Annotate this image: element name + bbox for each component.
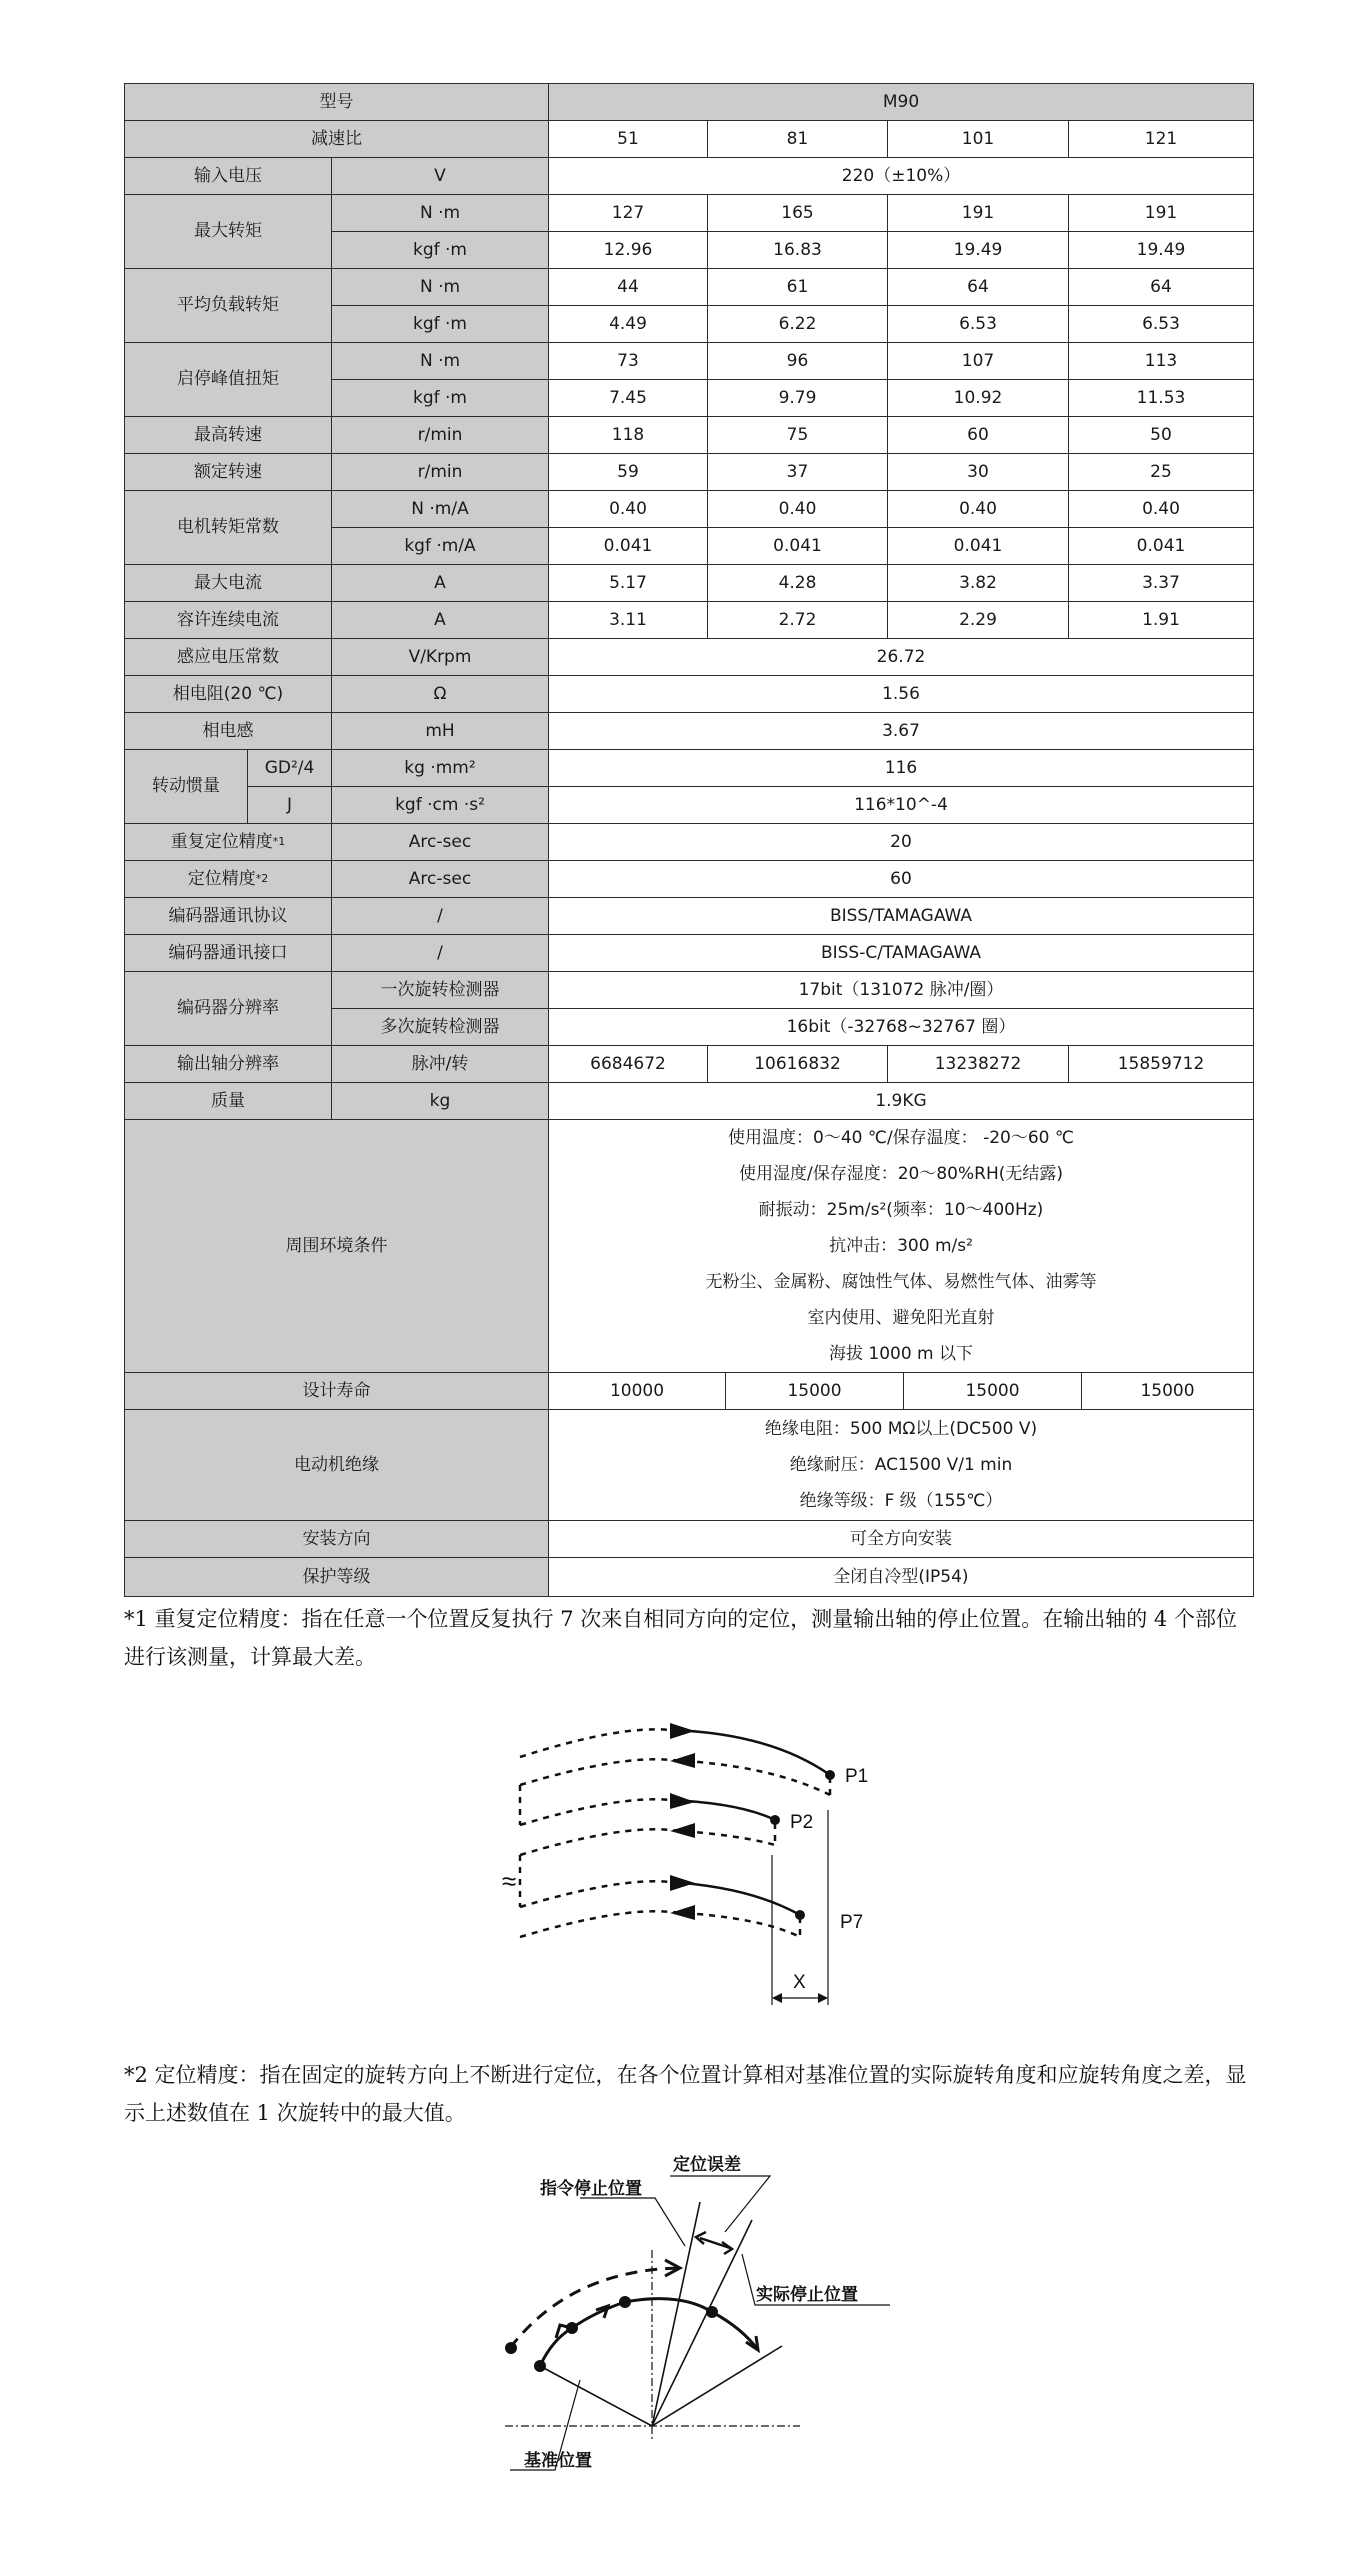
rated-speed-label: 额定转速 bbox=[124, 453, 332, 491]
value-cell: 107 bbox=[887, 342, 1069, 380]
footnote-1: *1 重复定位精度：指在任意一个位置反复执行 7 次来自相同方向的定位，测量输出… bbox=[124, 1600, 1256, 1676]
value-cell: 0.40 bbox=[548, 490, 708, 528]
label-x: X bbox=[793, 1972, 806, 1993]
value-cell: 30 bbox=[887, 453, 1069, 491]
avg-load-torque-label: 平均负载转矩 bbox=[124, 268, 332, 343]
unit-cell: kgf ·m/A bbox=[331, 527, 549, 565]
ratio-value: 101 bbox=[887, 120, 1069, 158]
value-cell: 2.29 bbox=[887, 601, 1069, 639]
value-cell: 15000 bbox=[903, 1372, 1082, 1410]
inertia-label: 转动惯量 bbox=[124, 749, 248, 824]
repeat-accuracy-diagram: P1 P2 P7 X ≈ bbox=[500, 1705, 900, 2025]
unit-cell: A bbox=[331, 601, 549, 639]
env-line: 无粉尘、金属粉、腐蚀性气体、易燃性气体、油雾等 bbox=[706, 1264, 1097, 1300]
value-cell: 10.92 bbox=[887, 379, 1069, 417]
value-cell: 17bit（131072 脉冲/圈） bbox=[548, 971, 1254, 1009]
insulation-line: 绝缘电阻：500 MΩ以上(DC500 V) bbox=[765, 1411, 1037, 1447]
value-cell: 64 bbox=[1068, 268, 1254, 306]
value-cell: 16bit（-32768~32767 圈） bbox=[548, 1008, 1254, 1046]
insulation-label: 电动机绝缘 bbox=[124, 1409, 549, 1521]
unit-cell: / bbox=[331, 934, 549, 972]
peak-torque-label: 启停峰值扭矩 bbox=[124, 342, 332, 417]
ratio-value: 81 bbox=[707, 120, 888, 158]
label-command-stop: 指令停止位置 bbox=[540, 2178, 642, 2199]
unit-cell: r/min bbox=[331, 416, 549, 454]
max-torque-unit-nm: N ·m bbox=[331, 194, 549, 232]
value-cell: 0.041 bbox=[1068, 527, 1254, 565]
design-life-label: 设计寿命 bbox=[124, 1372, 549, 1410]
value-cell: BISS/TAMAGAWA bbox=[548, 897, 1254, 935]
torque-constant-label: 电机转矩常数 bbox=[124, 490, 332, 565]
unit-cell: N ·m bbox=[331, 342, 549, 380]
encoder-resolution-label: 编码器分辨率 bbox=[124, 971, 332, 1046]
max-torque-label: 最大转矩 bbox=[124, 194, 332, 269]
env-line: 抗冲击：300 m/s² bbox=[829, 1228, 973, 1264]
value-cell: 60 bbox=[887, 416, 1069, 454]
value-cell: 60 bbox=[548, 860, 1254, 898]
environment-label: 周围环境条件 bbox=[124, 1119, 549, 1373]
insulation-line: 绝缘等级：F 级（155℃） bbox=[800, 1483, 1003, 1519]
value-cell: 19.49 bbox=[887, 231, 1069, 269]
value-cell: 3.82 bbox=[887, 564, 1069, 602]
env-line: 室内使用、避免阳光直射 bbox=[808, 1300, 995, 1336]
value-cell: BISS-C/TAMAGAWA bbox=[548, 934, 1254, 972]
back-emf-label: 感应电压常数 bbox=[124, 638, 332, 676]
input-voltage-label: 输入电压 bbox=[124, 157, 332, 195]
value-cell: 0.041 bbox=[887, 527, 1069, 565]
label-reference: 基准位置 bbox=[524, 2450, 592, 2471]
value-cell: 0.40 bbox=[887, 490, 1069, 528]
unit-cell: kg ·mm² bbox=[331, 749, 549, 787]
unit-cell: 多次旋转检测器 bbox=[331, 1008, 549, 1046]
value-cell: 0.40 bbox=[1068, 490, 1254, 528]
value-cell: 7.45 bbox=[548, 379, 708, 417]
value-cell: 15000 bbox=[725, 1372, 904, 1410]
max-current-label: 最大电流 bbox=[124, 564, 332, 602]
max-speed-label: 最高转速 bbox=[124, 416, 332, 454]
value-cell: 6.53 bbox=[887, 305, 1069, 343]
unit-cell: kg bbox=[331, 1082, 549, 1120]
env-line: 使用湿度/保存湿度：20～80%RH(无结露) bbox=[739, 1156, 1063, 1192]
environment-conditions: 使用温度：0～40 ℃/保存温度： -20～60 ℃ 使用湿度/保存湿度：20～… bbox=[548, 1119, 1254, 1373]
positioning-accuracy-diagram: 定位误差 指令停止位置 实际停止位置 基准位置 bbox=[480, 2150, 920, 2490]
value-cell: 2.72 bbox=[707, 601, 888, 639]
unit-cell: Ω bbox=[331, 675, 549, 713]
value-cell: 3.11 bbox=[548, 601, 708, 639]
unit-cell: kgf ·m bbox=[331, 305, 549, 343]
label-text: 重复定位精度 bbox=[171, 832, 273, 852]
position-accuracy-label: 定位精度*2 bbox=[124, 860, 332, 898]
protection-value: 全闭自冷型(IP54) bbox=[548, 1557, 1254, 1597]
insulation-line: 绝缘耐压：AC1500 V/1 min bbox=[790, 1447, 1013, 1483]
unit-cell: Arc-sec bbox=[331, 823, 549, 861]
value-cell: 50 bbox=[1068, 416, 1254, 454]
env-line: 耐振动：25m/s²(频率：10～400Hz) bbox=[759, 1192, 1044, 1228]
unit-cell: kgf ·cm ·s² bbox=[331, 786, 549, 824]
value-cell: 1.91 bbox=[1068, 601, 1254, 639]
encoder-interface-label: 编码器通讯接口 bbox=[124, 934, 332, 972]
mounting-value: 可全方向安装 bbox=[548, 1520, 1254, 1558]
model-value: M90 bbox=[548, 83, 1254, 121]
cont-current-label: 容许连续电流 bbox=[124, 601, 332, 639]
input-voltage-value: 220（±10%） bbox=[548, 157, 1254, 195]
label-actual-stop: 实际停止位置 bbox=[756, 2284, 858, 2305]
ratio-value: 121 bbox=[1068, 120, 1254, 158]
unit-cell: / bbox=[331, 897, 549, 935]
value-cell: 3.37 bbox=[1068, 564, 1254, 602]
unit-cell: kgf ·m bbox=[331, 379, 549, 417]
value-cell: 12.96 bbox=[548, 231, 708, 269]
footnote-mark: *1 bbox=[273, 835, 286, 848]
label-p2: P2 bbox=[790, 1812, 813, 1833]
value-cell: 0.041 bbox=[707, 527, 888, 565]
value-cell: 5.17 bbox=[548, 564, 708, 602]
value-cell: 19.49 bbox=[1068, 231, 1254, 269]
value-cell: 118 bbox=[548, 416, 708, 454]
insulation-specs: 绝缘电阻：500 MΩ以上(DC500 V) 绝缘耐压：AC1500 V/1 m… bbox=[548, 1409, 1254, 1521]
unit-cell: V/Krpm bbox=[331, 638, 549, 676]
value-cell: 64 bbox=[887, 268, 1069, 306]
unit-cell: 一次旋转检测器 bbox=[331, 971, 549, 1009]
value-cell: 11.53 bbox=[1068, 379, 1254, 417]
unit-cell: Arc-sec bbox=[331, 860, 549, 898]
protection-label: 保护等级 bbox=[124, 1557, 549, 1597]
value-cell: 127 bbox=[548, 194, 708, 232]
value-cell: 6.53 bbox=[1068, 305, 1254, 343]
value-cell: 13238272 bbox=[887, 1045, 1069, 1083]
label-text: 定位精度 bbox=[188, 869, 256, 889]
mounting-label: 安装方向 bbox=[124, 1520, 549, 1558]
output-resolution-label: 输出轴分辨率 bbox=[124, 1045, 332, 1083]
phase-resistance-label: 相电阻(20 ℃) bbox=[124, 675, 332, 713]
value-cell: 73 bbox=[548, 342, 708, 380]
value-cell: 165 bbox=[707, 194, 888, 232]
value-cell: 6.22 bbox=[707, 305, 888, 343]
value-cell: 61 bbox=[707, 268, 888, 306]
encoder-protocol-label: 编码器通讯协议 bbox=[124, 897, 332, 935]
value-cell: 16.83 bbox=[707, 231, 888, 269]
ratio-value: 51 bbox=[548, 120, 708, 158]
model-label: 型号 bbox=[124, 83, 549, 121]
value-cell: 1.9KG bbox=[548, 1082, 1254, 1120]
value-cell: 0.40 bbox=[707, 490, 888, 528]
phase-inductance-label: 相电感 bbox=[124, 712, 332, 750]
label-p1: P1 bbox=[845, 1766, 868, 1787]
value-cell: 113 bbox=[1068, 342, 1254, 380]
inertia-sub-gd2: GD²/4 bbox=[247, 749, 332, 787]
value-cell: 0.041 bbox=[548, 527, 708, 565]
value-cell: 191 bbox=[1068, 194, 1254, 232]
footnote-2: *2 定位精度：指在固定的旋转方向上不断进行定位，在各个位置计算相对基准位置的实… bbox=[124, 2056, 1256, 2132]
value-cell: 1.56 bbox=[548, 675, 1254, 713]
value-cell: 10616832 bbox=[707, 1045, 888, 1083]
unit-cell: r/min bbox=[331, 453, 549, 491]
label-p7: P7 bbox=[840, 1912, 863, 1933]
repeat-accuracy-label: 重复定位精度*1 bbox=[124, 823, 332, 861]
label-positioning-error: 定位误差 bbox=[673, 2154, 741, 2175]
mass-label: 质量 bbox=[124, 1082, 332, 1120]
env-line: 海拔 1000 m 以下 bbox=[829, 1336, 973, 1372]
value-cell: 9.79 bbox=[707, 379, 888, 417]
env-line: 使用温度：0～40 ℃/保存温度： -20～60 ℃ bbox=[728, 1120, 1074, 1156]
value-cell: 15859712 bbox=[1068, 1045, 1254, 1083]
value-cell: 116*10^-4 bbox=[548, 786, 1254, 824]
unit-cell: A bbox=[331, 564, 549, 602]
footnote-mark: *2 bbox=[256, 872, 269, 885]
value-cell: 6684672 bbox=[548, 1045, 708, 1083]
value-cell: 25 bbox=[1068, 453, 1254, 491]
input-voltage-unit: V bbox=[331, 157, 549, 195]
value-cell: 37 bbox=[707, 453, 888, 491]
max-torque-unit-kgfm: kgf ·m bbox=[331, 231, 549, 269]
ratio-label: 减速比 bbox=[124, 120, 549, 158]
value-cell: 116 bbox=[548, 749, 1254, 787]
value-cell: 96 bbox=[707, 342, 888, 380]
value-cell: 4.28 bbox=[707, 564, 888, 602]
unit-cell: N ·m bbox=[331, 268, 549, 306]
value-cell: 75 bbox=[707, 416, 888, 454]
unit-cell: mH bbox=[331, 712, 549, 750]
value-cell: 191 bbox=[887, 194, 1069, 232]
value-cell: 3.67 bbox=[548, 712, 1254, 750]
break-symbol: ≈ bbox=[502, 1866, 516, 1896]
value-cell: 59 bbox=[548, 453, 708, 491]
value-cell: 44 bbox=[548, 268, 708, 306]
inertia-sub-j: J bbox=[247, 786, 332, 824]
unit-cell: N ·m/A bbox=[331, 490, 549, 528]
value-cell: 4.49 bbox=[548, 305, 708, 343]
value-cell: 20 bbox=[548, 823, 1254, 861]
value-cell: 15000 bbox=[1081, 1372, 1254, 1410]
unit-cell: 脉冲/转 bbox=[331, 1045, 549, 1083]
value-cell: 26.72 bbox=[548, 638, 1254, 676]
value-cell: 10000 bbox=[548, 1372, 726, 1410]
